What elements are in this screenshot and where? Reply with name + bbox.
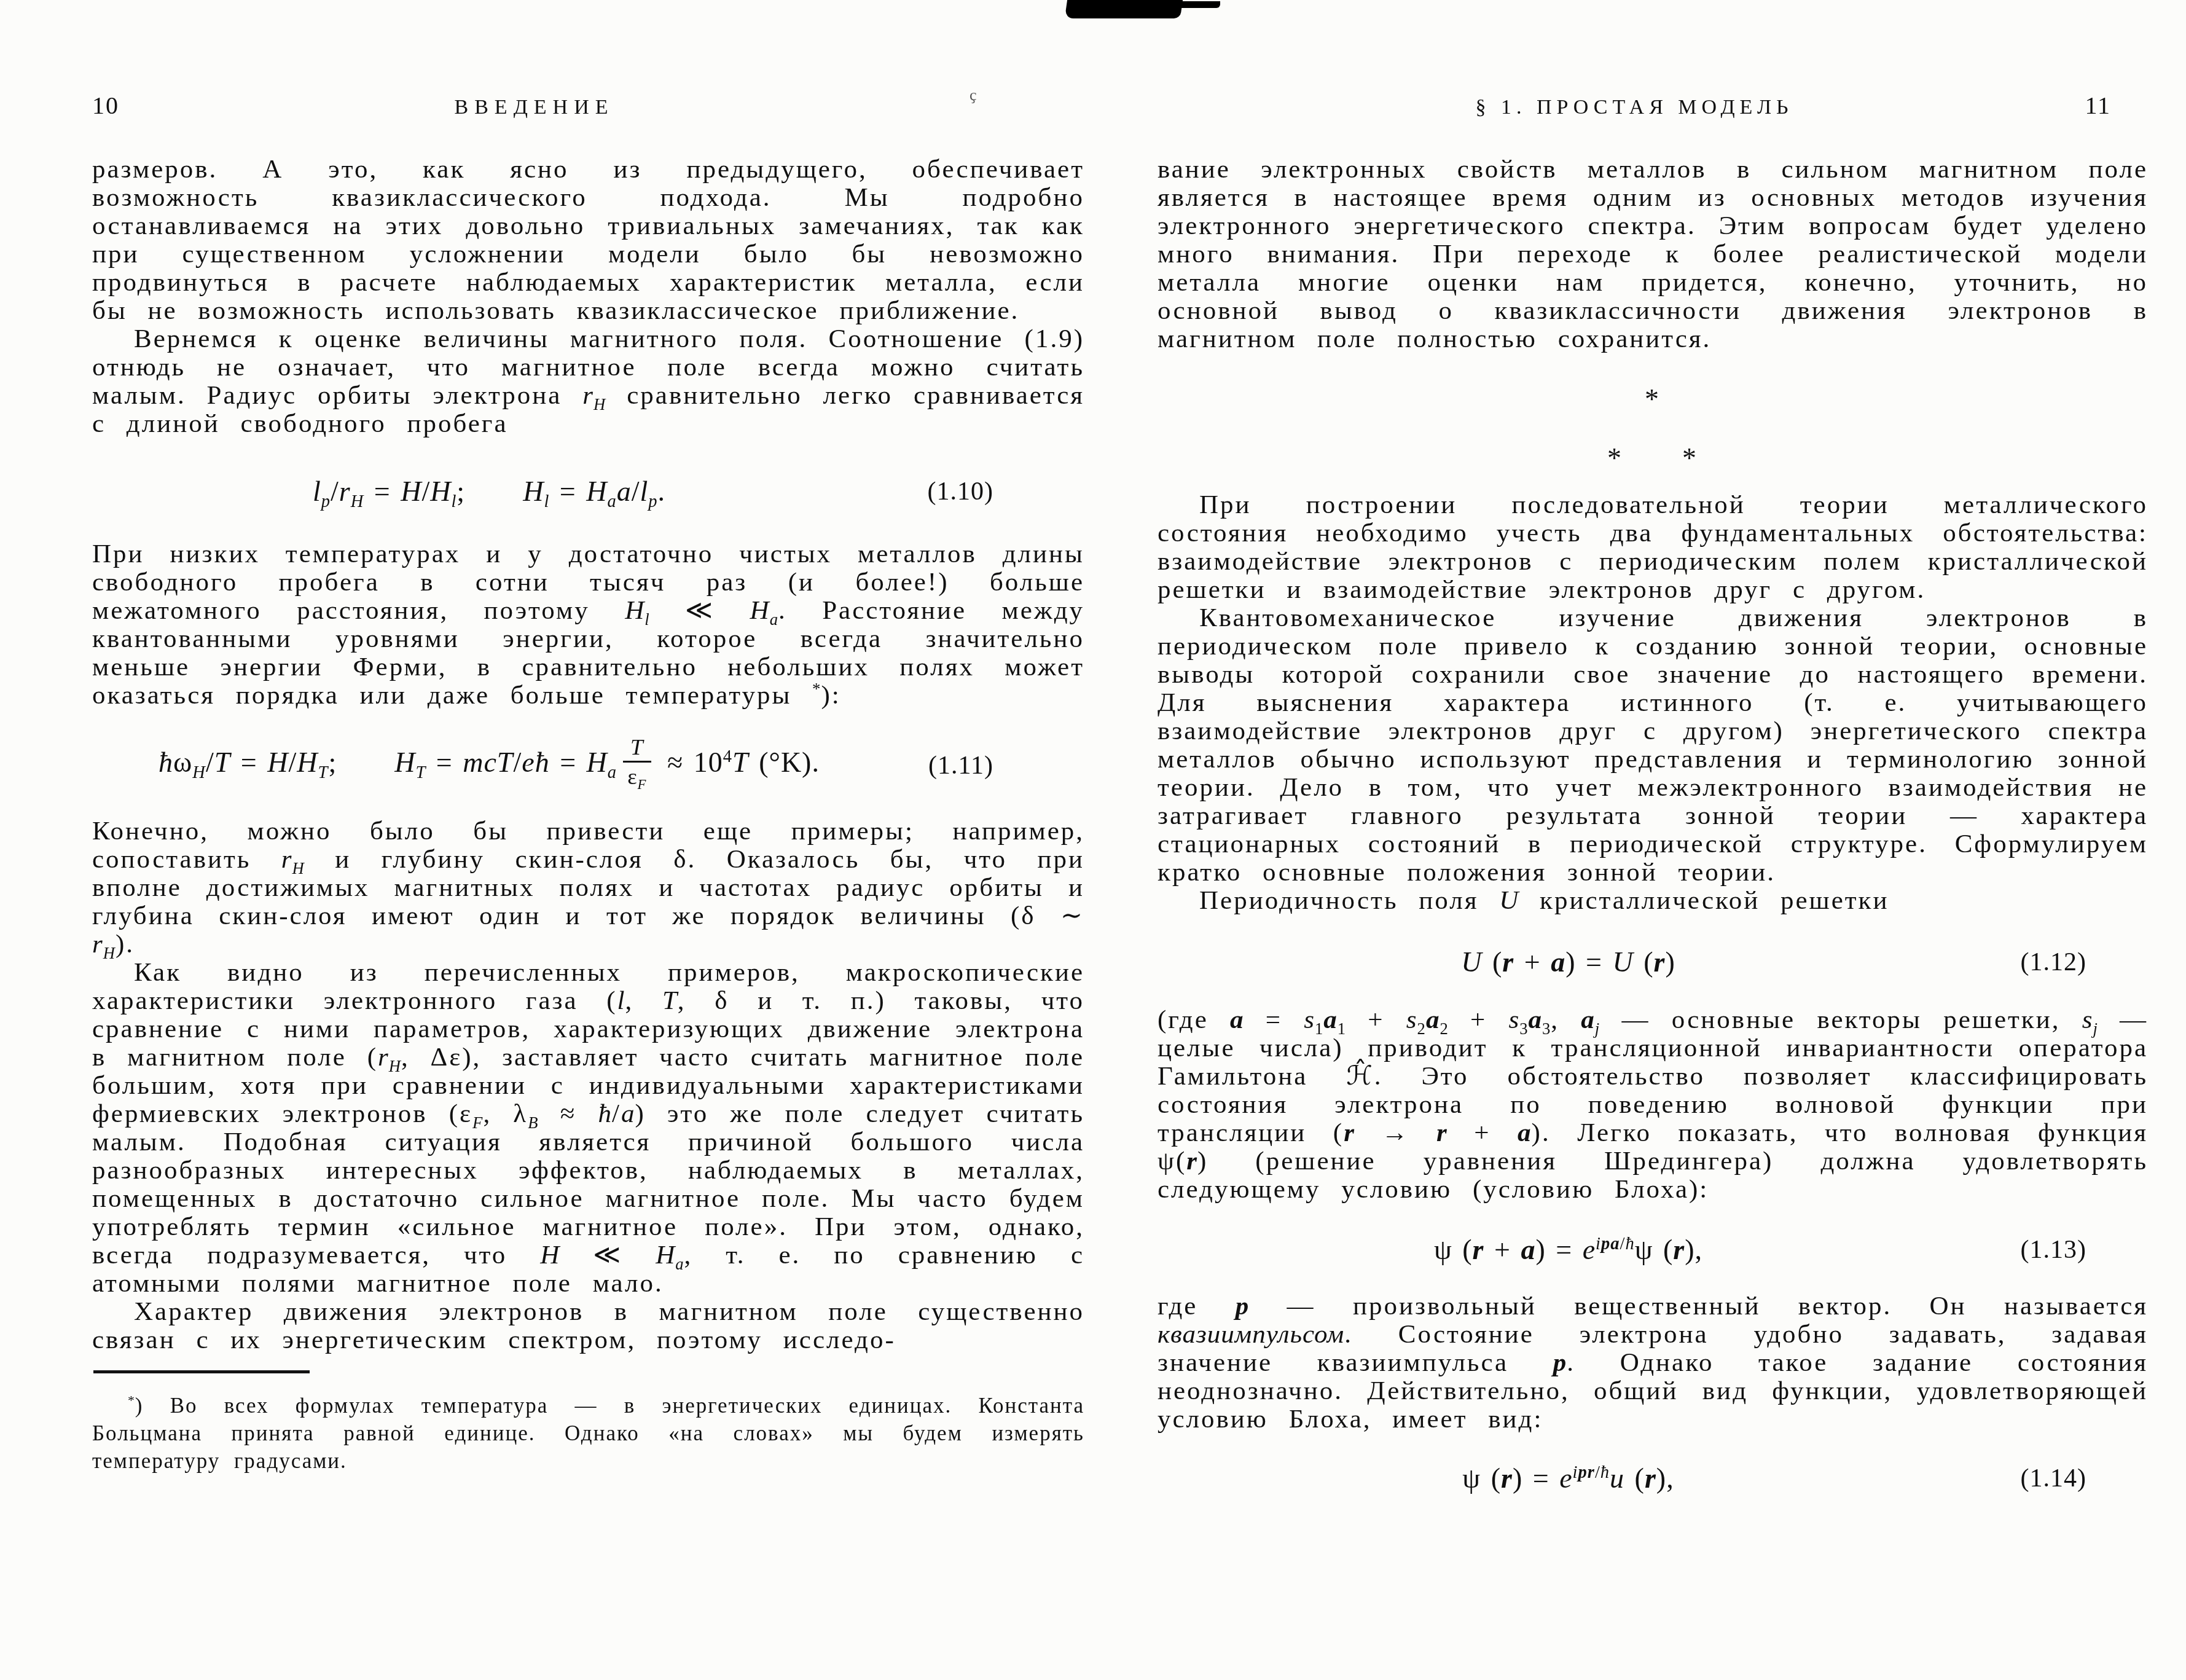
equation-1-14: ψ (r) = eipr/ħu (r), (1.14) xyxy=(1158,1464,2148,1493)
footnote-rule xyxy=(93,1370,310,1373)
paragraph: При построении последовательной теории м… xyxy=(1158,491,2148,604)
paragraph: При низких температурах и у достаточно ч… xyxy=(92,540,1084,710)
equation-number: (1.11) xyxy=(886,752,1084,780)
equation-number: (1.14) xyxy=(1979,1464,2148,1493)
equation-body: lp/rH = H/Hl; Hl = Haa/lp. xyxy=(92,477,886,506)
paragraph: Квантовомеханическое изучение движения э… xyxy=(1158,604,2148,887)
left-page-title: ВВЕДЕНИЕ xyxy=(136,96,932,119)
equation-1-13: ψ (r + a) = eipa/ħψ (r), (1.13) xyxy=(1158,1236,2148,1264)
star-glyph: * xyxy=(1607,444,1623,473)
left-running-head: 10 ВВЕДЕНИЕ xyxy=(92,91,1084,120)
right-page-number: 11 xyxy=(2050,91,2148,120)
scan-artifact-speck: ҫ xyxy=(970,86,977,104)
equation-body: U (r + a) = U (r) xyxy=(1158,948,1979,976)
paragraph: размеров. А это, как ясно из предыдущего… xyxy=(92,155,1084,325)
section-separator: * * * xyxy=(1158,385,2148,473)
equation-number: (1.12) xyxy=(1979,948,2148,976)
scan-artifact-smudge-tail xyxy=(1172,1,1220,8)
equation-number: (1.10) xyxy=(886,477,1084,506)
star-glyph: * xyxy=(1645,385,1661,414)
paragraph: (где a = s1a1 + s2a2 + s3a3, aj — основн… xyxy=(1158,1006,2148,1204)
equation-body: ħωH/T = H/HT; HT = mcT/eħ = HaTεF ≈ 104T… xyxy=(92,738,886,793)
paragraph: где p — произвольный вещественный вектор… xyxy=(1158,1292,2148,1434)
paragraph: Вернемся к оценке величины магнитного по… xyxy=(92,325,1084,438)
right-page: § 1. ПРОСТАЯ МОДЕЛЬ 11 вание электронных… xyxy=(1093,0,2186,1680)
equation-1-11: ħωH/T = H/HT; HT = mcT/eħ = HaTεF ≈ 104T… xyxy=(92,738,1084,793)
book-scan: 10 ВВЕДЕНИЕ размеров. А это, как ясно из… xyxy=(0,0,2186,1680)
paragraph: вание электронных свойств металлов в сил… xyxy=(1158,155,2148,353)
paragraph: Конечно, можно было бы привести еще прим… xyxy=(92,817,1084,959)
separator-star-pair: * * xyxy=(1158,444,2148,473)
left-column: 10 ВВЕДЕНИЕ размеров. А это, как ясно из… xyxy=(92,91,1084,1475)
right-page-title: § 1. ПРОСТАЯ МОДЕЛЬ xyxy=(1237,96,2031,119)
left-page: 10 ВВЕДЕНИЕ размеров. А это, как ясно из… xyxy=(0,0,1093,1680)
paragraph: Характер движения электронов в магнитном… xyxy=(92,1298,1084,1354)
equation-number: (1.13) xyxy=(1979,1236,2148,1264)
equation-body: ψ (r + a) = eipa/ħψ (r), xyxy=(1158,1236,1979,1264)
footnote: *) Во всех формулах температура — в энер… xyxy=(92,1392,1084,1475)
left-body: размеров. А это, как ясно из предыдущего… xyxy=(92,155,1084,1475)
equation-1-12: U (r + a) = U (r) (1.12) xyxy=(1158,948,2148,976)
equation-1-10: lp/rH = H/Hl; Hl = Haa/lp. (1.10) xyxy=(92,477,1084,506)
equation-body: ψ (r) = eipr/ħu (r), xyxy=(1158,1464,1979,1493)
paragraph: Как видно из перечисленных примеров, мак… xyxy=(92,959,1084,1298)
book-spread: 10 ВВЕДЕНИЕ размеров. А это, как ясно из… xyxy=(0,0,2186,1680)
scan-artifact-smudge xyxy=(1065,0,1183,18)
right-body: вание электронных свойств металлов в сил… xyxy=(1158,155,2148,1493)
separator-star-top: * xyxy=(1158,385,2148,414)
right-running-head: § 1. ПРОСТАЯ МОДЕЛЬ 11 xyxy=(1158,91,2148,120)
star-glyph: * xyxy=(1682,444,1698,473)
right-column: § 1. ПРОСТАЯ МОДЕЛЬ 11 вание электронных… xyxy=(1158,91,2148,1493)
paragraph: Периодичность поля U кристаллической реш… xyxy=(1158,887,2148,915)
